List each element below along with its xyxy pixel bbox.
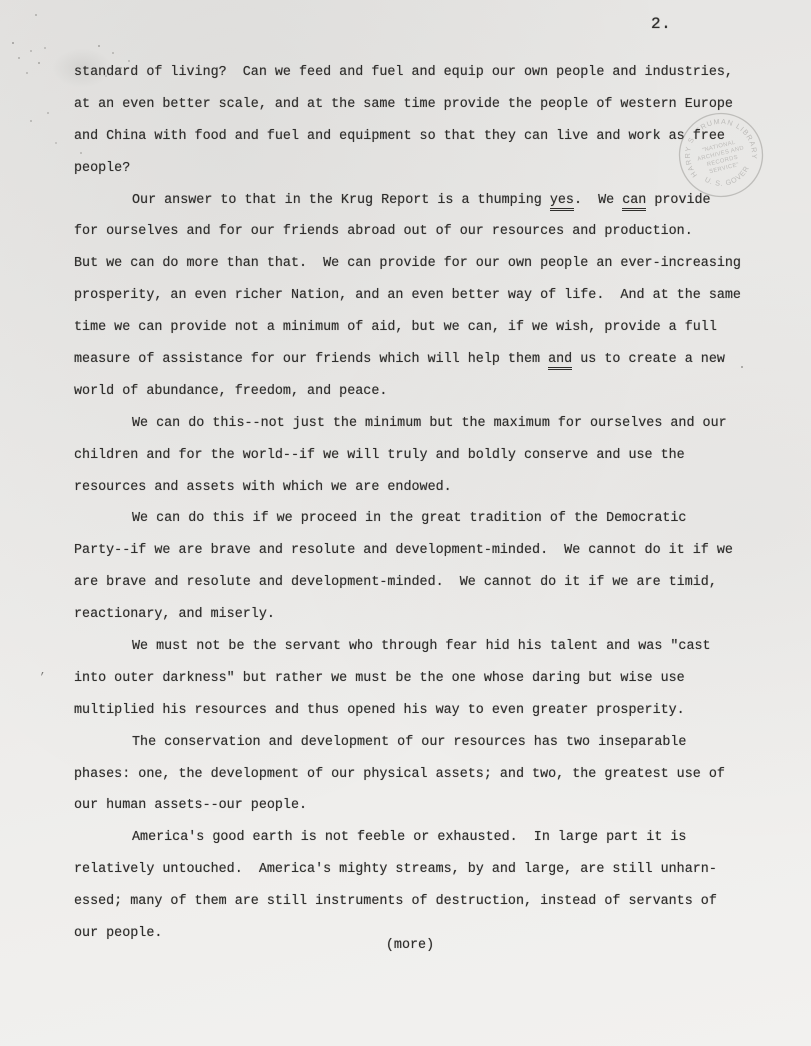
underlined-word: can (622, 193, 646, 211)
text-line: relatively untouched. America's mighty s… (74, 854, 746, 886)
text-segment: But we can do more than that. We can pro… (74, 256, 741, 271)
pencil-specks (12, 42, 14, 44)
text-segment: into outer darkness" but rather we must … (74, 671, 685, 686)
text-segment: at an even better scale, and at the same… (74, 97, 733, 112)
more-continuation-marker: (more) (74, 938, 746, 953)
text-line: But we can do more than that. We can pro… (74, 248, 746, 280)
underlined-word: yes (550, 193, 574, 211)
paragraph: Our answer to that in the Krug Report is… (74, 185, 746, 408)
text-line: phases: one, the development of our phys… (74, 759, 746, 791)
text-line: America's good earth is not feeble or ex… (74, 822, 746, 854)
text-line: standard of living? Can we feed and fuel… (74, 57, 746, 89)
paragraph: The conservation and development of our … (74, 727, 746, 823)
text-line: We can do this if we proceed in the grea… (74, 503, 746, 535)
text-line: We must not be the servant who through f… (74, 631, 746, 663)
text-segment: are brave and resolute and development-m… (74, 575, 717, 590)
text-line: children and for the world--if we will t… (74, 440, 746, 472)
paragraph: We must not be the servant who through f… (74, 631, 746, 727)
page-number: 2. (651, 15, 671, 33)
text-segment: our human assets--our people. (74, 798, 307, 813)
text-segment: provide (646, 193, 710, 208)
text-line: Party--if we are brave and resolute and … (74, 535, 746, 567)
stray-pencil-mark: ’ (39, 672, 46, 684)
document-page: ’ 2. HARRY S. TRUMAN LIBRARY U. S. GOVER… (0, 0, 811, 1046)
text-segment: essed; many of them are still instrument… (74, 894, 717, 909)
text-segment: We can do this--not just the minimum but… (132, 416, 727, 431)
text-segment: world of abundance, freedom, and peace. (74, 384, 387, 399)
text-line: our human assets--our people. (74, 790, 746, 822)
text-line: people? (74, 153, 746, 185)
text-line: essed; many of them are still instrument… (74, 886, 746, 918)
text-segment: time we can provide not a minimum of aid… (74, 320, 717, 335)
text-segment: children and for the world--if we will t… (74, 448, 685, 463)
text-segment: multiplied his resources and thus opened… (74, 703, 685, 718)
text-segment: phases: one, the development of our phys… (74, 767, 725, 782)
text-line: prosperity, an even richer Nation, and a… (74, 280, 746, 312)
text-line: We can do this--not just the minimum but… (74, 408, 746, 440)
text-segment: Our answer to that in the Krug Report is… (132, 193, 550, 208)
text-segment: Party--if we are brave and resolute and … (74, 543, 733, 558)
text-segment: . We (574, 193, 622, 208)
text-segment: relatively untouched. America's mighty s… (74, 862, 717, 877)
text-segment: prosperity, an even richer Nation, and a… (74, 288, 741, 303)
paragraph: standard of living? Can we feed and fuel… (74, 57, 746, 185)
typewritten-text-body: standard of living? Can we feed and fuel… (74, 57, 746, 950)
text-segment: us to create a new (572, 352, 725, 367)
text-line: time we can provide not a minimum of aid… (74, 312, 746, 344)
text-line: and China with food and fuel and equipme… (74, 121, 746, 153)
underlined-word: and (548, 352, 572, 370)
paragraph: We can do this if we proceed in the grea… (74, 503, 746, 631)
text-line: are brave and resolute and development-m… (74, 567, 746, 599)
text-line: multiplied his resources and thus opened… (74, 695, 746, 727)
text-segment: for ourselves and for our friends abroad… (74, 224, 693, 239)
text-segment: people? (74, 161, 130, 176)
text-segment: standard of living? Can we feed and fuel… (74, 65, 733, 80)
text-line: measure of assistance for our friends wh… (74, 344, 746, 376)
paragraph: We can do this--not just the minimum but… (74, 408, 746, 504)
text-segment: We must not be the servant who through f… (132, 639, 711, 654)
text-line: into outer darkness" but rather we must … (74, 663, 746, 695)
paragraph: America's good earth is not feeble or ex… (74, 822, 746, 950)
text-line: Our answer to that in the Krug Report is… (74, 185, 746, 217)
text-line: world of abundance, freedom, and peace. (74, 376, 746, 408)
text-segment: The conservation and development of our … (132, 735, 686, 750)
text-line: at an even better scale, and at the same… (74, 89, 746, 121)
text-segment: reactionary, and miserly. (74, 607, 275, 622)
text-line: reactionary, and miserly. (74, 599, 746, 631)
text-line: for ourselves and for our friends abroad… (74, 216, 746, 248)
text-segment: America's good earth is not feeble or ex… (132, 830, 686, 845)
text-line: resources and assets with which we are e… (74, 472, 746, 504)
text-segment: measure of assistance for our friends wh… (74, 352, 548, 367)
text-line: The conservation and development of our … (74, 727, 746, 759)
text-segment: resources and assets with which we are e… (74, 480, 452, 495)
text-segment: We can do this if we proceed in the grea… (132, 511, 686, 526)
text-segment: and China with food and fuel and equipme… (74, 129, 725, 144)
